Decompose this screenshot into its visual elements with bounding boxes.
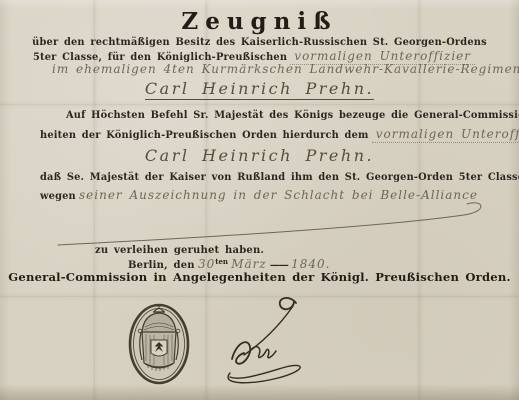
issuing-authority: General-Commission in Angelegenheiten de… [0, 270, 519, 284]
dateline-day-handwritten: 30 [198, 257, 215, 271]
body-line-2-handwritten: vormaligen Unteroffizier [372, 127, 519, 143]
prussian-eagle-seal-icon [121, 299, 197, 389]
document-title: Zeugniß [0, 8, 519, 35]
recipient-name-1: Carl Heinrich Prehn. [145, 79, 374, 100]
body-line-1: Auf Höchsten Befehl Sr. Majestät des Kön… [40, 110, 519, 121]
body-line-2-printed: heiten der Königlich-Preußischen Orden h… [40, 130, 369, 141]
dateline-month-handwritten: März [231, 257, 267, 271]
dateline-day-suffix: ten [215, 257, 228, 266]
pen-flourish-line [42, 198, 482, 250]
official-signature [210, 293, 335, 390]
certificate-document: Zeugniß über den rechtmäßigen Besitz des… [0, 0, 519, 400]
fold-crease [0, 104, 519, 105]
closing-line: zu verleihen geruhet haben. [95, 245, 264, 256]
recipient-name-2: Carl Heinrich Prehn. [145, 146, 374, 165]
dateline-year-handwritten: 1840. [291, 257, 330, 271]
intro-line-1: über den rechtmäßigen Besitz des Kaiserl… [0, 37, 519, 48]
intro-line-3-handwritten: im ehemaligen 4ten Kurmärkschen Landwehr… [52, 62, 519, 76]
body-line-3-printed: daß Se. Majestät der Kaiser von Rußland … [40, 172, 519, 183]
